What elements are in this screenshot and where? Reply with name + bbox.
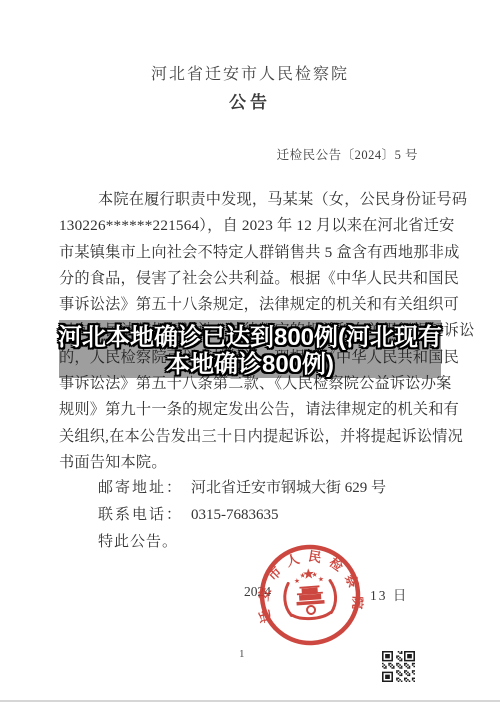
headline-line-1: 河北本地确诊已达到800例(河北现有: [0, 324, 500, 351]
national-emblem-icon: [283, 567, 337, 621]
body-line: 关组织,在本公告发出三十日内提起诉讼，并将提起诉讼情况: [59, 424, 441, 450]
date-day-fragment: 13 日: [370, 584, 408, 604]
body-line: 市某镇集市上向社会不特定人群销售共 5 盒含有西地那非成: [59, 240, 441, 266]
doc-number: 迁检民公告〔2024〕5 号: [277, 145, 418, 163]
doc-title: 公告: [0, 88, 500, 113]
svg-text:迁安市人民检察院: 迁安市人民检察院: [253, 545, 366, 625]
phone-value: 0315-7683635: [191, 507, 279, 523]
qr-code-icon: [382, 651, 415, 682]
phone-label: 联系电话：: [98, 507, 183, 523]
org-title: 河北省迁安市人民检察院: [0, 61, 500, 84]
body-line: 本院在履行职责中发现，马某某（女，公民身份证号码: [59, 187, 441, 213]
headline-line-2: 本地确诊800例): [0, 351, 500, 378]
address-line: 邮寄地址：河北省迁安市钢城大街 629 号: [98, 475, 386, 502]
official-seal: 迁安市人民检察院: [253, 538, 366, 651]
seal-ring-text: 迁安市人民检察院: [253, 545, 366, 625]
body-line: 规则》第九十一条的规定发出公告，请法律规定的机关和有: [59, 397, 441, 423]
qr-modules: [382, 651, 415, 682]
page-number: 1: [239, 648, 245, 660]
address-label: 邮寄地址：: [98, 480, 183, 496]
body-line: 事诉讼法》第五十八条规定，法律规定的机关和有关组织可: [59, 292, 441, 318]
body-line: 书面告知本院。: [59, 450, 441, 476]
document-page: 河北省迁安市人民检察院 公告 迁检民公告〔2024〕5 号 本院在履行职责中发现…: [0, 0, 500, 707]
address-value: 河北省迁安市钢城大街 629 号: [191, 480, 386, 496]
phone-line: 联系电话：0315-7683635: [98, 502, 386, 529]
page-bottom-edge: [0, 700, 500, 702]
body-line: 130226******221564），自 2023 年 12 月以来在河北省迁…: [59, 213, 441, 239]
body-line: 分的食品，侵害了社会公共利益。根据《中华人民共和国民: [59, 266, 441, 292]
